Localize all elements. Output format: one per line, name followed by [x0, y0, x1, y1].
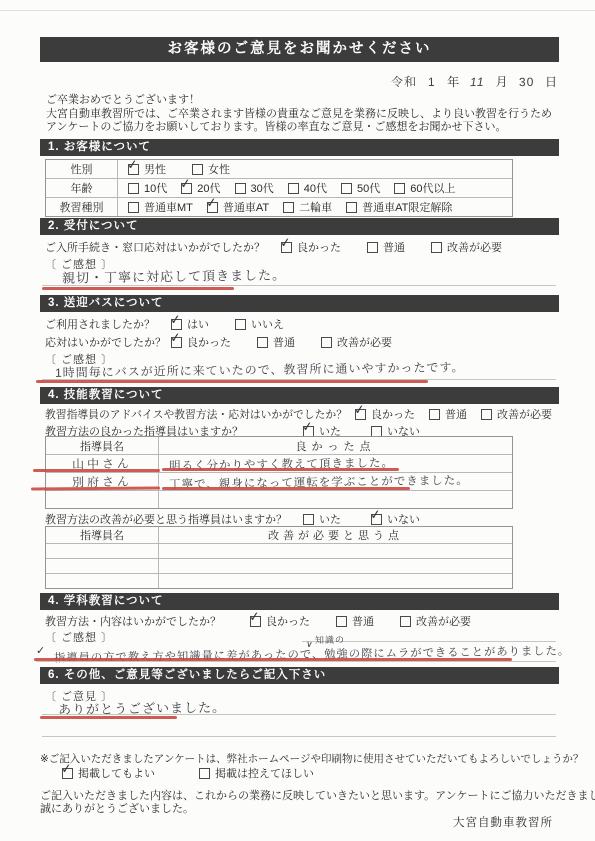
table-row-gender: 性別 男性 女性 — [46, 160, 512, 178]
checkbox-icon — [303, 514, 314, 525]
checkbox-label: 掲載してもよい — [78, 765, 155, 781]
improve-point-cell — [159, 544, 512, 558]
checkbox-course-mt[interactable]: 普通車MT — [128, 199, 193, 215]
checkbox-label: 普通車AT — [223, 199, 269, 215]
checkbox-icon — [207, 202, 218, 213]
checkbox-icon — [62, 768, 73, 779]
table-row — [46, 573, 512, 588]
checkbox-label: 改善が必要 — [416, 613, 471, 629]
gender-options: 男性 女性 — [118, 160, 512, 178]
checkbox-icon — [257, 337, 268, 348]
table-row-course: 教習種別 普通車MT 普通車AT 二輪車 普通車AT限定解除 — [46, 197, 512, 216]
checkbox-label: 普通車MT — [144, 199, 193, 215]
checkbox-label: 良かった — [266, 613, 310, 629]
checkbox-icon — [171, 319, 182, 330]
checkbox-label: 良かった — [187, 334, 231, 350]
checkbox-icon — [429, 409, 440, 420]
scan-top-line — [0, 10, 595, 11]
course-options: 普通車MT 普通車AT 二輪車 普通車AT限定解除 — [118, 198, 512, 216]
greeting-line-3: アンケートのご協力をお願いしております。皆様の率直なご意見・ご感想をお聞かせ下さ… — [46, 121, 552, 135]
checkbox-label: いいえ — [251, 316, 284, 332]
red-marker-underline — [40, 716, 177, 719]
checkbox-label: いた — [319, 511, 341, 527]
checkbox-label: 普通車AT限定解除 — [362, 199, 452, 215]
checkbox-label: 30代 — [251, 180, 274, 196]
good-instructor-table: 指導員名 良かった点 山中さん 明るく分かりやすく教えて頂きました。 別府さん … — [45, 436, 513, 509]
section1-heading: 1. お客様について — [40, 139, 559, 156]
date-day-handwritten: 30 — [519, 75, 535, 89]
table-header-row: 指導員名 良かった点 — [46, 437, 512, 454]
checkbox-academic-improve[interactable]: 改善が必要 — [400, 613, 471, 629]
section4-heading: 4. 技能教習について — [40, 387, 559, 404]
section5-heading: 4. 学科教習について — [40, 593, 559, 610]
checkbox-age-60plus[interactable]: 60代以上 — [394, 180, 455, 196]
checkbox-course-at[interactable]: 普通車AT — [207, 199, 269, 215]
checkbox-icon — [321, 337, 332, 348]
checkbox-label: 普通 — [273, 334, 295, 350]
checkbox-label: 良かった — [371, 406, 415, 422]
date-line: 令和 1 年 11 月 30 日 — [391, 73, 557, 90]
checkbox-icon — [235, 183, 246, 194]
checkbox-label: 改善が必要 — [447, 239, 502, 255]
table-header-row: 指導員名 改善が必要と思う点 — [46, 527, 512, 543]
red-marker-underline — [36, 380, 428, 383]
academic-question-row: 教習方法・内容はいかがでしたか？ 良かった 普通 改善が必要 — [45, 613, 497, 629]
checkbox-reception-good[interactable]: 良かった — [281, 239, 341, 255]
checkbox-label: 40代 — [304, 180, 327, 196]
handwritten-check-mark: ✓ — [36, 644, 46, 657]
checkbox-label: 改善が必要 — [497, 406, 552, 422]
column-header-point: 良かった点 — [159, 437, 512, 454]
column-header-name: 指導員名 — [46, 437, 159, 454]
handwritten-text: 1時間毎にバスが近所に来ていたので、教習所に通いやすかったです。 — [55, 358, 465, 381]
date-year-unit: 年 — [447, 73, 459, 90]
ruled-line — [42, 736, 556, 737]
checkbox-icon — [431, 242, 442, 253]
checkbox-icon — [250, 616, 261, 627]
greeting-line-2: 大宮自動車教習所では、ご卒業されます皆様の貴重なご意見を業務に反映し、より良い教… — [46, 108, 552, 122]
checkbox-label: 10代 — [144, 180, 167, 196]
checkbox-label: 掲載は控えてほしい — [215, 765, 314, 781]
checkbox-icon — [400, 616, 411, 627]
checkbox-icon — [336, 616, 347, 627]
checkbox-label: 普通 — [445, 406, 467, 422]
section2-heading: 2. 受付について — [40, 218, 559, 235]
publication-options-row: 掲載してもよい 掲載は控えてほしい — [62, 765, 340, 781]
checkbox-skill-good[interactable]: 良かった — [355, 406, 415, 422]
section6-heading: 6. その他、ご意見等ございましたらご記入下さい — [40, 667, 559, 684]
instructor-name-cell — [46, 574, 159, 588]
checkbox-icon — [394, 183, 405, 194]
page-title: お客様のご意見をお聞かせください — [40, 37, 559, 62]
red-marker-underline — [162, 468, 399, 471]
bus-comment-handwritten: 1時間毎にバスが近所に来ていたので、教習所に通いやすかったです。 — [55, 361, 464, 379]
checkbox-bus-good[interactable]: 良かった — [171, 334, 231, 350]
checkbox-improve-instructor-yes[interactable]: いた — [303, 511, 341, 527]
ruled-line — [36, 661, 556, 662]
checkbox-icon — [235, 319, 246, 330]
ruled-line — [42, 285, 556, 286]
handwritten-text: 親切・丁寧に対応して頂きました。 — [62, 264, 286, 286]
checkbox-gender-male[interactable]: 男性 — [128, 161, 166, 177]
row-label-course: 教習種別 — [46, 198, 118, 216]
date-era-handwritten: 令和 — [391, 73, 417, 90]
checkbox-icon — [128, 202, 139, 213]
checkbox-icon — [171, 337, 182, 348]
questionnaire-page: お客様のご意見をお聞かせください 令和 1 年 11 月 30 日 ご卒業おめで… — [0, 0, 595, 841]
other-comment-handwritten: ありがとうございました。 — [58, 698, 226, 718]
checkbox-bus-no[interactable]: いいえ — [235, 316, 284, 332]
red-marker-underline — [33, 469, 160, 472]
checkbox-label: 普通 — [352, 613, 374, 629]
checkbox-label: いない — [387, 511, 420, 527]
table-row — [46, 490, 512, 508]
checkbox-bus-improve[interactable]: 改善が必要 — [321, 334, 392, 350]
checkbox-improve-instructor-no[interactable]: いない — [371, 511, 420, 527]
checkbox-label: 良かった — [297, 239, 341, 255]
section3-heading: 3. 送迎バスについて — [40, 295, 559, 312]
checkbox-icon — [288, 183, 299, 194]
question-text: 教習方法・内容はいかがでしたか？ — [45, 613, 250, 629]
checkbox-age-10s[interactable]: 10代 — [128, 180, 167, 196]
checkbox-publish-ok[interactable]: 掲載してもよい — [62, 765, 155, 781]
checkbox-icon — [199, 768, 210, 779]
checkbox-age-30s[interactable]: 30代 — [235, 180, 274, 196]
checkbox-bus-normal[interactable]: 普通 — [257, 334, 295, 350]
checkbox-icon — [128, 183, 139, 194]
greeting-text: ご卒業おめでとうございます！ 大宮自動車教習所では、ご卒業されます皆様の貴重なご… — [46, 94, 552, 135]
checkbox-reception-normal[interactable]: 普通 — [367, 239, 405, 255]
red-marker-underline — [162, 487, 410, 490]
greeting-line-1: ご卒業おめでとうございます！ — [46, 94, 552, 108]
checkbox-label: 改善が必要 — [337, 334, 392, 350]
checkbox-icon — [283, 202, 294, 213]
checkbox-icon — [281, 242, 292, 253]
checkbox-publish-decline[interactable]: 掲載は控えてほしい — [199, 765, 314, 781]
checkbox-label: 50代 — [357, 180, 380, 196]
checkbox-icon — [371, 426, 382, 437]
row-label-gender: 性別 — [46, 160, 118, 178]
handwritten-text: 指導員の方で教え方や知識量に差があったので、勉強の際にムラができることがありまし… — [54, 642, 570, 665]
checkbox-academic-normal[interactable]: 普通 — [336, 613, 374, 629]
publication-permission-note: ※ご記入いただきましたアンケートは、弊社ホームページや印刷物に使用させていただい… — [40, 751, 583, 766]
checkbox-label: 女性 — [208, 161, 230, 177]
checkbox-icon — [192, 164, 203, 175]
improve-point-cell — [159, 574, 512, 588]
improve-instructor-table: 指導員名 改善が必要と思う点 — [45, 526, 513, 589]
customer-info-table: 性別 男性 女性 年齢 10代 20代 30代 40代 50代 60代以上 教習… — [45, 159, 513, 217]
instructor-name-cell — [46, 559, 159, 573]
date-month-unit: 月 — [496, 73, 508, 90]
good-point-cell — [159, 491, 512, 508]
column-header-name: 指導員名 — [46, 527, 159, 543]
school-signature: 大宮自動車教習所 — [453, 814, 553, 830]
bus-service-question-row: 応対はいかがでしたか？ 良かった 普通 改善が必要 — [45, 334, 418, 350]
checkbox-gender-female[interactable]: 女性 — [192, 161, 230, 177]
checkbox-icon — [371, 514, 382, 525]
checkbox-course-at-limited[interactable]: 普通車AT限定解除 — [346, 199, 452, 215]
checkbox-icon — [346, 202, 357, 213]
row-label-age: 年齢 — [46, 179, 118, 197]
instructor-name-cell — [46, 544, 159, 558]
checkbox-icon — [481, 409, 492, 420]
red-marker-underline — [42, 287, 234, 290]
ruled-line — [42, 714, 556, 715]
reception-question-row: ご入所手続き・窓口応対はいかがでしたか？ 良かった 普通 改善が必要 — [45, 239, 528, 255]
checkbox-icon — [341, 183, 352, 194]
checkbox-icon — [367, 242, 378, 253]
checkbox-label: 普通 — [383, 239, 405, 255]
question-text: ご利用されましたか？ — [45, 316, 171, 332]
checkbox-icon — [355, 409, 366, 420]
checkbox-icon — [128, 164, 139, 175]
question-text: 教習方法の改善が必要と思う指導員はいますか？ — [45, 511, 303, 527]
checkbox-course-motorcycle[interactable]: 二輪車 — [283, 199, 332, 215]
improve-instructor-question-row: 教習方法の改善が必要と思う指導員はいますか？ いた いない — [45, 511, 446, 527]
checkbox-age-40s[interactable]: 40代 — [288, 180, 327, 196]
date-year-handwritten: 1 — [428, 75, 436, 89]
table-row-age: 年齢 10代 20代 30代 40代 50代 60代以上 — [46, 178, 512, 197]
checkbox-icon — [181, 183, 192, 194]
checkbox-academic-good[interactable]: 良かった — [250, 613, 310, 629]
comment-label: 〔 ご感想 〕 — [45, 629, 113, 645]
table-row — [46, 543, 512, 558]
checkbox-label: 男性 — [144, 161, 166, 177]
checkbox-skill-improve[interactable]: 改善が必要 — [481, 406, 552, 422]
date-day-unit: 日 — [545, 73, 557, 90]
checkbox-label: はい — [187, 316, 209, 332]
checkbox-icon — [303, 426, 314, 437]
age-options: 10代 20代 30代 40代 50代 60代以上 — [118, 179, 512, 197]
table-row — [46, 558, 512, 573]
column-header-point: 改善が必要と思う点 — [159, 527, 512, 543]
checkbox-reception-improve[interactable]: 改善が必要 — [431, 239, 502, 255]
instructor-name-cell — [46, 491, 159, 508]
improve-point-cell — [159, 559, 512, 573]
closing-text-line-2: 誠にありがとうございました。 — [40, 800, 194, 816]
question-text: 応対はいかがでしたか？ — [45, 334, 171, 350]
checkbox-label: 60代以上 — [410, 180, 455, 196]
checkbox-skill-normal[interactable]: 普通 — [429, 406, 467, 422]
checkbox-label: 二輪車 — [299, 199, 332, 215]
checkbox-age-50s[interactable]: 50代 — [341, 180, 380, 196]
question-text: ご入所手続き・窓口応対はいかがでしたか？ — [45, 239, 265, 255]
checkbox-label: 20代 — [197, 180, 220, 196]
date-month-handwritten: 11 — [470, 75, 485, 89]
reception-comment-handwritten: 親切・丁寧に対応して頂きました。 — [62, 266, 286, 286]
